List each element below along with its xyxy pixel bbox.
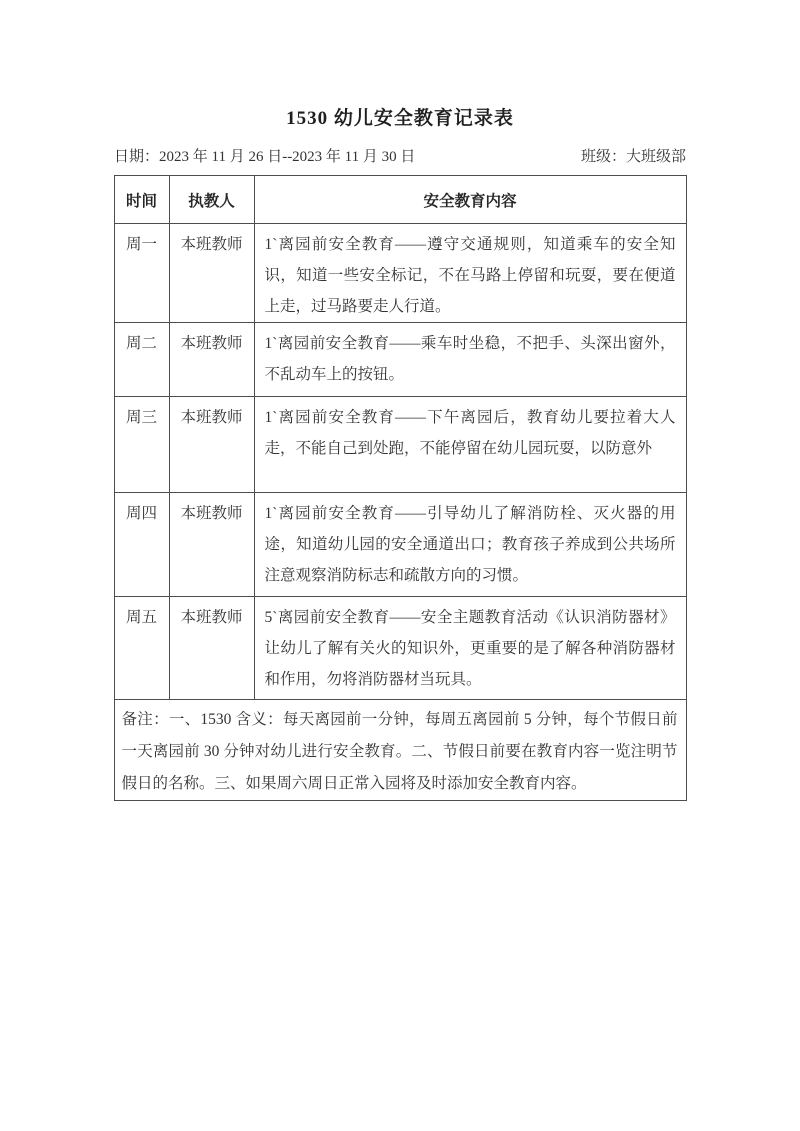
class-field: 班级：大班级部 [581, 145, 686, 166]
teacher-cell: 本班教师 [169, 597, 254, 700]
content-cell: 1`离园前安全教育——引导幼儿了解消防栓、灭火器的用途，知道幼儿园的安全通道出口… [254, 493, 686, 597]
table-row-thursday: 周四 本班教师 1`离园前安全教育——引导幼儿了解消防栓、灭火器的用途，知道幼儿… [114, 493, 686, 597]
remarks-cell: 备注：一、1530 含义：每天离园前一分钟，每周五离园前 5 分钟，每个节假日前… [114, 700, 686, 801]
teacher-cell: 本班教师 [169, 397, 254, 493]
time-cell: 周四 [114, 493, 169, 597]
teacher-cell: 本班教师 [169, 493, 254, 597]
time-cell: 周五 [114, 597, 169, 700]
safety-education-record-table: 时间 执教人 安全教育内容 周一 本班教师 1`离园前安全教育——遵守交通规则，… [114, 175, 687, 801]
col-header-content: 安全教育内容 [254, 176, 686, 224]
document-page: 1530 幼儿安全教育记录表 日期：2023 年 11 月 26 日--2023… [0, 0, 800, 801]
time-cell: 周三 [114, 397, 169, 493]
page-title: 1530 幼儿安全教育记录表 [0, 0, 800, 130]
table-row-monday: 周一 本班教师 1`离园前安全教育——遵守交通规则，知道乘车的安全知识，知道一些… [114, 224, 686, 323]
teacher-cell: 本班教师 [169, 224, 254, 323]
table-note-row: 备注：一、1530 含义：每天离园前一分钟，每周五离园前 5 分钟，每个节假日前… [114, 700, 686, 801]
content-cell: 1`离园前安全教育——乘车时坐稳，不把手、头深出窗外，不乱动车上的按钮。 [254, 323, 686, 397]
table-row-tuesday: 周二 本班教师 1`离园前安全教育——乘车时坐稳，不把手、头深出窗外，不乱动车上… [114, 323, 686, 397]
table-row-friday: 周五 本班教师 5`离园前安全教育——安全主题教育活动《认识消防器材》让幼儿了解… [114, 597, 686, 700]
col-header-teacher: 执教人 [169, 176, 254, 224]
time-cell: 周一 [114, 224, 169, 323]
meta-row: 日期：2023 年 11 月 26 日--2023 年 11 月 30 日 班级… [114, 145, 686, 166]
time-cell: 周二 [114, 323, 169, 397]
teacher-cell: 本班教师 [169, 323, 254, 397]
table-header-row: 时间 执教人 安全教育内容 [114, 176, 686, 224]
content-cell: 5`离园前安全教育——安全主题教育活动《认识消防器材》让幼儿了解有关火的知识外，… [254, 597, 686, 700]
table-row-wednesday: 周三 本班教师 1`离园前安全教育——下午离园后，教育幼儿要拉着大人走，不能自己… [114, 397, 686, 493]
content-cell: 1`离园前安全教育——遵守交通规则，知道乘车的安全知识，知道一些安全标记，不在马… [254, 224, 686, 323]
content-cell: 1`离园前安全教育——下午离园后，教育幼儿要拉着大人走，不能自己到处跑，不能停留… [254, 397, 686, 493]
col-header-time: 时间 [114, 176, 169, 224]
date-field: 日期：2023 年 11 月 26 日--2023 年 11 月 30 日 [114, 145, 415, 166]
